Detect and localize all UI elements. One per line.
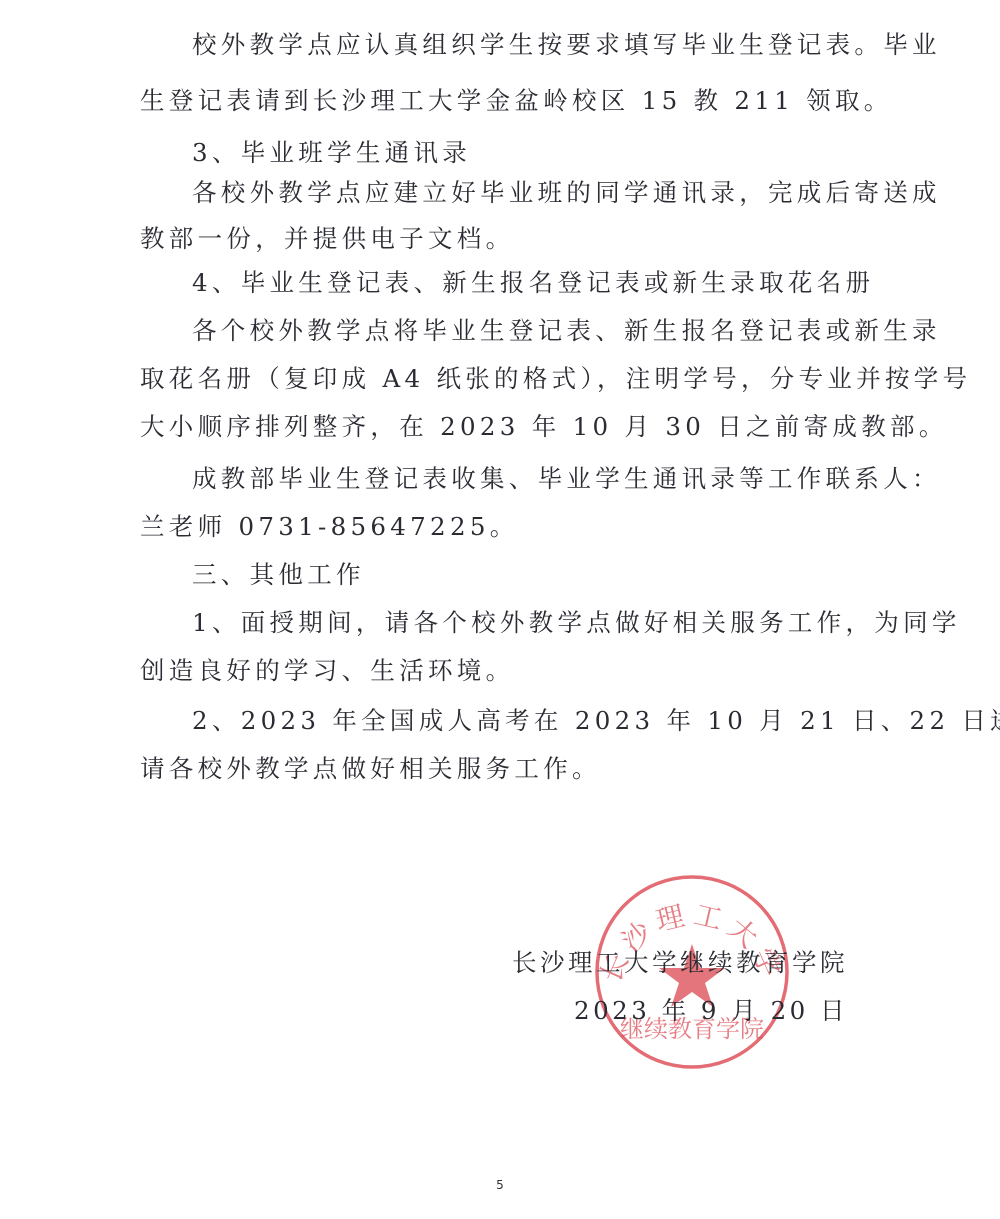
- paragraph-line: 请各校外教学点做好相关服务工作。: [140, 754, 601, 784]
- paragraph-line: 1、面授期间，请各个校外教学点做好相关服务工作，为同学: [192, 608, 961, 638]
- contact-line: 兰老师 0731-85647225。: [140, 512, 519, 542]
- paragraph-line: 2、2023 年全国成人高考在 2023 年 10 月 21 日、22 日进行，: [192, 706, 1000, 736]
- paragraph-line: 成教部毕业生登记表收集、毕业学生通讯录等工作联系人：: [192, 464, 941, 494]
- signature-date: 2023 年 9 月 20 日: [574, 996, 848, 1026]
- document-page: 校外教学点应认真组织学生按要求填写毕业生登记表。毕业 生登记表请到长沙理工大学金…: [0, 0, 1000, 1219]
- paragraph-line: 创造良好的学习、生活环境。: [140, 656, 514, 686]
- paragraph-line: 校外教学点应认真组织学生按要求填写毕业生登记表。毕业: [192, 30, 941, 60]
- section-heading: 三、其他工作: [192, 560, 365, 590]
- paragraph-line: 生登记表请到长沙理工大学金盆岭校区 15 教 211 领取。: [140, 86, 893, 116]
- paragraph-line: 各校外教学点应建立好毕业班的同学通讯录，完成后寄送成: [192, 178, 941, 208]
- signature-organization: 长沙理工大学继续教育学院: [512, 948, 848, 978]
- page-number: 5: [0, 1178, 1000, 1192]
- subheading-3: 3、毕业班学生通讯录: [192, 138, 471, 168]
- paragraph-line: 大小顺序排列整齐，在 2023 年 10 月 30 日之前寄成教部。: [140, 412, 948, 442]
- subheading-4: 4、毕业生登记表、新生报名登记表或新生录取花名册: [192, 268, 874, 298]
- paragraph-line: 教部一份，并提供电子文档。: [140, 224, 514, 254]
- paragraph-line: 取花名册（复印成 A4 纸张的格式），注明学号，分专业并按学号: [140, 364, 971, 394]
- paragraph-line: 各个校外教学点将毕业生登记表、新生报名登记表或新生录: [192, 316, 941, 346]
